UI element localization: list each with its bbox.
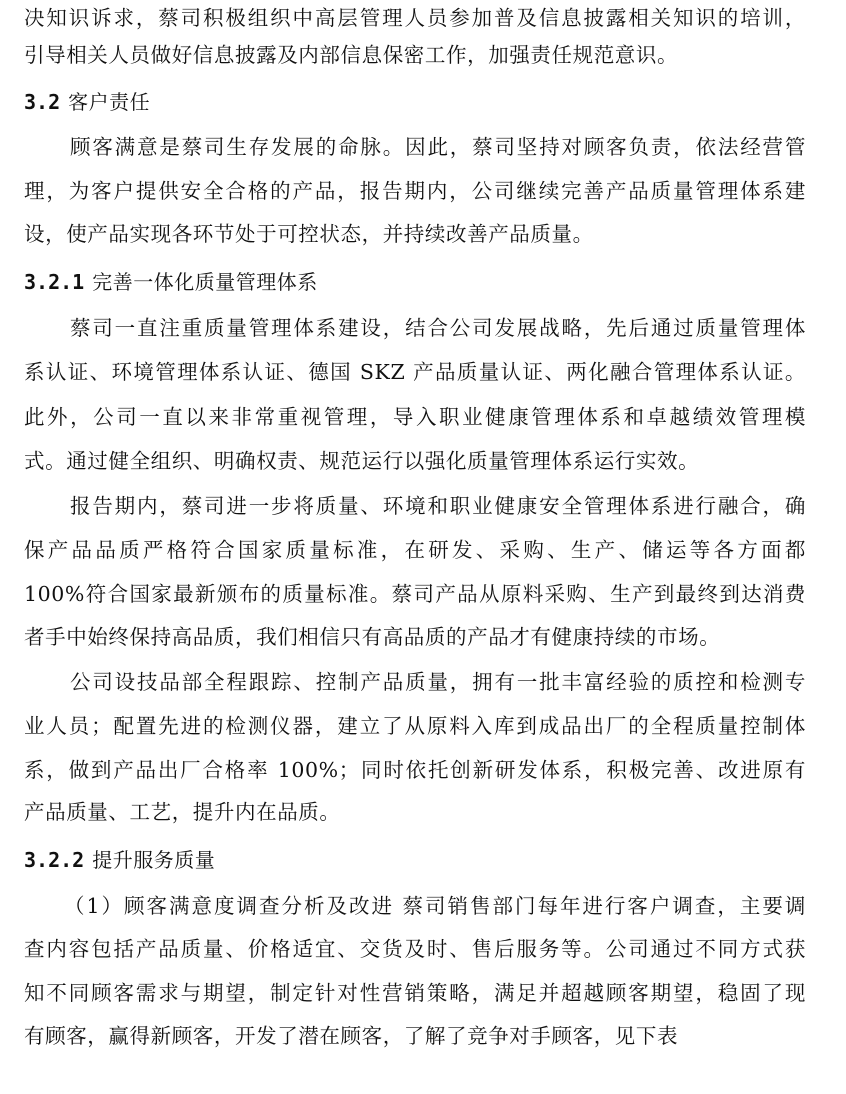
body-text-line: 系，做到产品出厂合格率 100%；同时依托创新研发体系，积极完善、改进原有: [24, 755, 806, 785]
heading-number: 3.2.2: [24, 848, 84, 872]
section-heading-3-2-1: 3.2.1完善一体化质量管理体系: [24, 267, 318, 297]
heading-number: 3.2: [24, 90, 60, 114]
body-text-line: 有顾客，赢得新顾客，开发了潜在顾客，了解了竞争对手顾客，见下表: [24, 1021, 806, 1051]
body-text-line: 查内容包括产品质量、价格适宜、交货及时、售后服务等。公司通过不同方式获: [24, 934, 806, 964]
heading-title: 完善一体化质量管理体系: [92, 270, 318, 294]
document-page: 决知识诉求，蔡司积极组织中高层管理人员参加普及信息披露相关知识的培训， 引导相关…: [0, 0, 846, 1094]
body-text-line: 引导相关人员做好信息披露及内部信息保密工作，加强责任规范意识。: [24, 40, 806, 70]
body-text-line: 理，为客户提供安全合格的产品，报告期内，公司继续完善产品质量管理体系建: [24, 176, 806, 206]
body-text-line: 业人员；配置先进的检测仪器，建立了从原料入库到成品出厂的全程质量控制体: [24, 711, 806, 741]
body-text-line: 产品质量、工艺，提升内在品质。: [24, 797, 806, 827]
body-text-line: 式。通过健全组织、明确权责、规范运行以强化质量管理体系运行实效。: [24, 446, 806, 476]
heading-title: 客户责任: [68, 90, 150, 114]
body-text-line: 设，使产品实现各环节处于可控状态，并持续改善产品质量。: [24, 219, 806, 249]
heading-number: 3.2.1: [24, 270, 84, 294]
body-text-line: 顾客满意是蔡司生存发展的命脉。因此，蔡司坚持对顾客负责，依法经营管: [70, 132, 806, 162]
heading-title: 提升服务质量: [92, 848, 215, 872]
body-text-line: 蔡司一直注重质量管理体系建设，结合公司发展战略，先后通过质量管理体: [70, 313, 806, 343]
section-heading-3-2: 3.2客户责任: [24, 87, 150, 117]
body-text-line: 系认证、环境管理体系认证、德国 SKZ 产品质量认证、两化融合管理体系认证。: [24, 357, 806, 387]
body-text-line: 决知识诉求，蔡司积极组织中高层管理人员参加普及信息披露相关知识的培训，: [24, 3, 806, 33]
body-text-line: 者手中始终保持高品质，我们相信只有高品质的产品才有健康持续的市场。: [24, 622, 806, 652]
body-text-line: 知不同顾客需求与期望，制定针对性营销策略，满足并超越顾客期望，稳固了现: [24, 978, 806, 1008]
body-text-line: （1）顾客满意度调查分析及改进 蔡司销售部门每年进行客户调查，主要调: [64, 891, 806, 921]
body-text-line: 报告期内，蔡司进一步将质量、环境和职业健康安全管理体系进行融合，确: [70, 491, 806, 521]
section-heading-3-2-2: 3.2.2提升服务质量: [24, 845, 215, 875]
body-text-line: 保产品品质严格符合国家质量标准，在研发、采购、生产、储运等各方面都: [24, 535, 806, 565]
body-text-line: 100%符合国家最新颁布的质量标准。蔡司产品从原料采购、生产到最终到达消费: [24, 579, 806, 609]
body-text-line: 此外，公司一直以来非常重视管理，导入职业健康管理体系和卓越绩效管理模: [24, 402, 806, 432]
body-text-line: 公司设技品部全程跟踪、控制产品质量，拥有一批丰富经验的质控和检测专: [70, 667, 806, 697]
